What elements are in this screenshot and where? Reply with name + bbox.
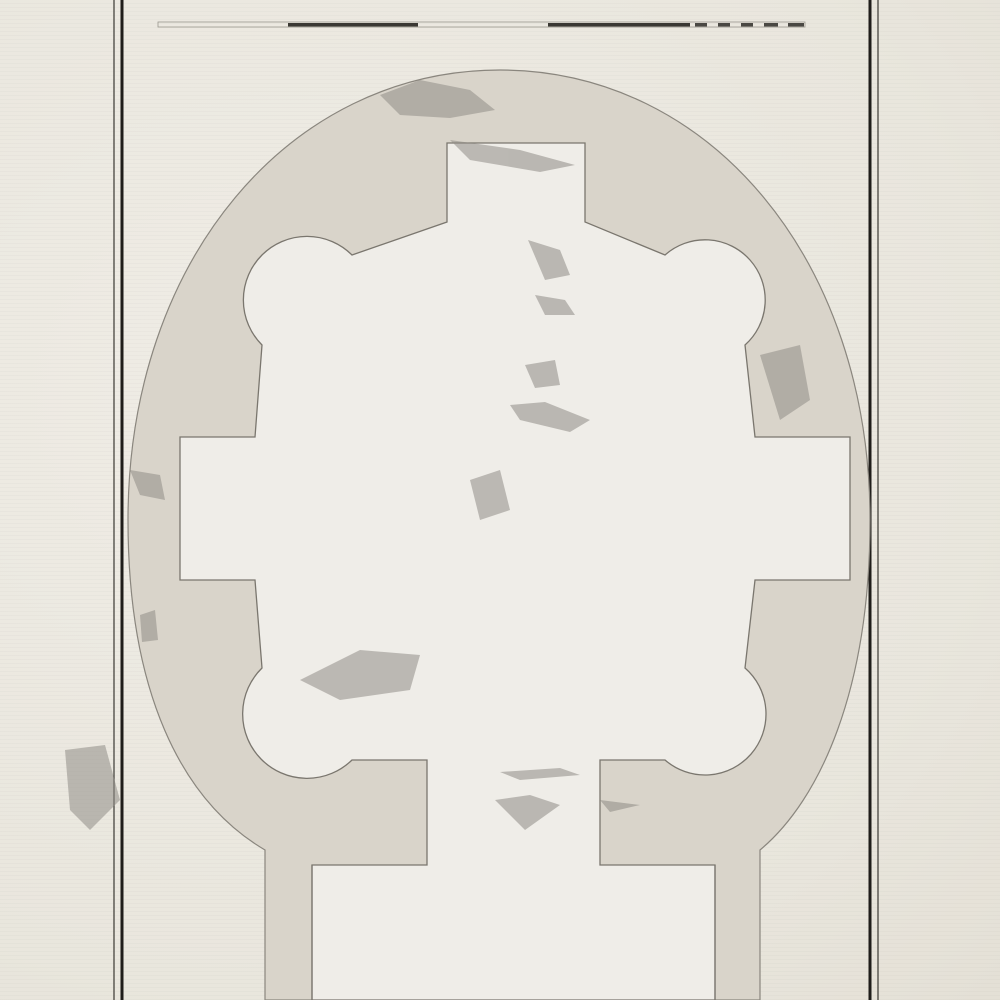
scale-bar <box>158 22 805 27</box>
plan-drawing <box>0 0 1000 1000</box>
